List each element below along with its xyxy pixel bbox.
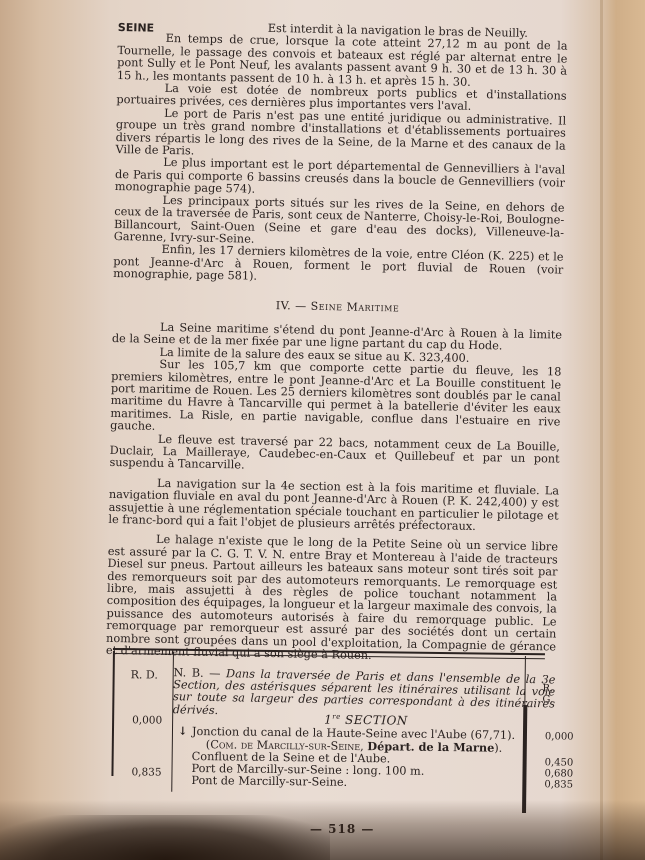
rg-value: 0,835 [544, 779, 573, 790]
rd-value: 0,000 [132, 714, 162, 726]
rg-value: 0,450 [545, 757, 574, 768]
rd-value: 0,835 [131, 766, 161, 778]
page-text-block: SEINE Est interdit à la navigation le br… [105, 20, 568, 724]
running-header: SEINE [118, 22, 154, 35]
photo-shadow-blob [0, 815, 330, 860]
table-section-bar [522, 705, 527, 813]
rg-column-header: R. G. [542, 683, 553, 705]
paragraph: La navigation sur la 4e section est à la… [108, 477, 559, 535]
down-arrow-icon: ↓ [178, 725, 192, 737]
section-title: IV. — Seine Maritime [112, 296, 562, 317]
table-entries: ↓Jonction du canal de la Haute-Seine ave… [177, 725, 518, 791]
paragraph: Le halage n'existe que le long de la Pet… [106, 533, 558, 666]
page-gutter-edge [600, 0, 603, 860]
paragraph: Sur les 105,7 km que comporte cette part… [110, 358, 561, 441]
table-section-heading: 1re SECTION [324, 713, 408, 728]
rg-value: 0,680 [544, 768, 573, 779]
paragraph: Enfin, les 17 derniers kilomètres de la … [113, 243, 564, 289]
itinerary-table: R. D. R. G. 0,000 0,835 0,000 0,450 0,68… [111, 648, 545, 818]
rd-column-header: R. D. [131, 668, 158, 681]
rg-value: 0,000 [545, 731, 574, 742]
